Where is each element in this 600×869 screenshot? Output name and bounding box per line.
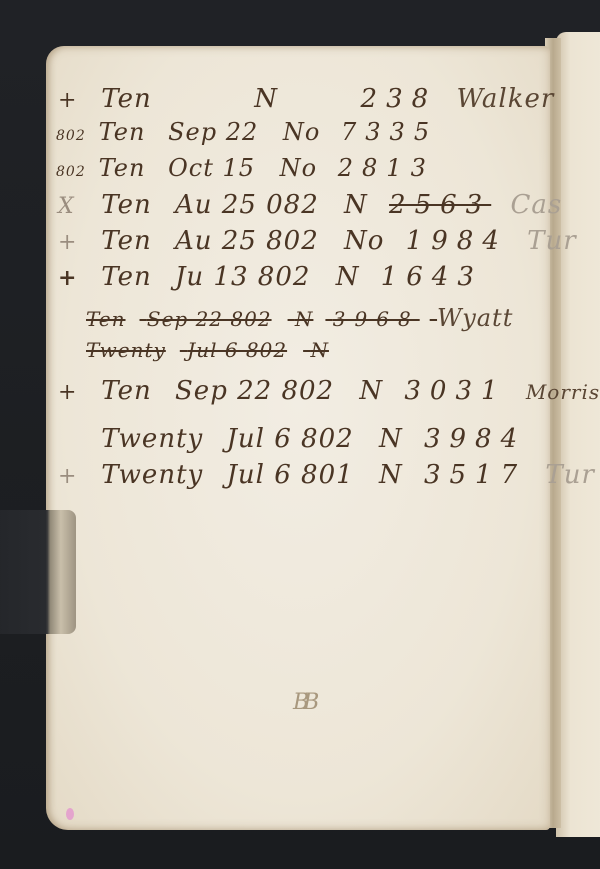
entry-desc: Twenty <box>86 338 166 362</box>
entry-no: N <box>295 307 314 331</box>
entry-desc: Ten <box>86 307 126 331</box>
entry-mark: + <box>58 230 92 255</box>
entry-mark: + <box>58 380 92 405</box>
entry-no: N <box>359 376 383 406</box>
entry-desc: Ten <box>99 118 146 146</box>
entry-date: Sep 22 802 <box>175 376 334 406</box>
entry-mark: 802 <box>56 164 90 180</box>
entry-row-struck: Twenty Jul 6 802 N <box>86 338 341 362</box>
entry-number: 238 <box>361 84 438 114</box>
entry-date: Au 25 802 <box>175 226 319 256</box>
entry-desc: Twenty <box>101 460 203 490</box>
entry-number: 1643 <box>381 262 483 292</box>
entry-number: 7335 <box>341 118 438 146</box>
entry-mark: + <box>58 265 92 291</box>
collector-stamp: BB <box>293 690 313 715</box>
entry-row: + Twenty Jul 6 801 N 3517 Tur <box>58 460 595 490</box>
entry-row: 802 Ten Oct 15 No 2813 <box>56 154 445 182</box>
entry-mark: X <box>58 194 92 219</box>
entry-row: + Ten Sep 22 802 N 3031 Morrison <box>58 376 600 406</box>
entry-mark: + <box>58 464 92 489</box>
entry-desc: Ten <box>101 84 151 114</box>
entry-desc: Twenty <box>101 424 203 454</box>
entry-mark: + <box>58 88 92 113</box>
entry-date: Au 25 082 <box>175 190 319 220</box>
entry-row: + Ten Au 25 802 No 1984 Tur <box>58 226 577 256</box>
page-clip <box>0 510 76 634</box>
entry-date: Oct 15 <box>168 154 255 182</box>
entry-row: 802 Ten Sep 22 No 7335 <box>56 118 448 146</box>
entry-no: N <box>336 262 360 292</box>
entry-date: Sep 22 <box>168 118 258 146</box>
pink-mark <box>66 808 74 820</box>
entry-mark: 802 <box>56 128 90 144</box>
entry-date: Jul 6 802 <box>226 424 353 454</box>
facing-page <box>556 32 600 837</box>
entry-no: No <box>283 118 320 146</box>
entry-desc: Ten <box>101 262 151 292</box>
entry-desc: Ten <box>101 226 151 256</box>
entry-date: Ju 13 802 <box>175 262 310 292</box>
entry-desc: Ten <box>99 154 146 182</box>
entry-no: N <box>254 84 278 114</box>
entry-desc: Ten <box>101 376 151 406</box>
entry-no: N <box>379 460 403 490</box>
entry-no: N <box>344 190 368 220</box>
entry-name: Tur <box>545 460 595 490</box>
entry-no: N <box>379 424 403 454</box>
entry-no: N <box>310 338 329 362</box>
entry-row: + Ten N 238 Walker <box>58 84 554 114</box>
entry-number: 2813 <box>338 154 435 182</box>
entry-number: 3517 <box>424 460 526 490</box>
entry-row: + Ten Ju 13 802 N 1643 <box>58 262 493 292</box>
entry-number: 3968 <box>333 307 420 331</box>
entry-number: 1984 <box>406 226 508 256</box>
entry-name: Morrison <box>526 380 600 404</box>
entry-no: No <box>280 154 317 182</box>
entry-number: 3984 <box>424 424 526 454</box>
entry-row: X Ten Au 25 082 N 2563 Cas <box>58 190 562 220</box>
entry-name: Wyatt <box>437 304 513 332</box>
entry-date: Jul 6 802 <box>187 338 287 362</box>
entry-date: Jul 6 801 <box>226 460 353 490</box>
entry-number: 2563 <box>389 190 491 220</box>
entry-desc: Ten <box>101 190 151 220</box>
entry-name: Tur <box>527 226 577 256</box>
entry-row-struck: Ten Sep 22 802 N 3968 Wyatt <box>86 304 513 332</box>
entry-date: Sep 22 802 <box>147 307 272 331</box>
entry-name: Cas <box>510 190 562 220</box>
entry-no: No <box>344 226 384 256</box>
entry-row: Twenty Jul 6 802 N 3984 <box>58 424 536 454</box>
entry-number: 3031 <box>404 376 506 406</box>
entry-name: Walker <box>456 84 554 114</box>
